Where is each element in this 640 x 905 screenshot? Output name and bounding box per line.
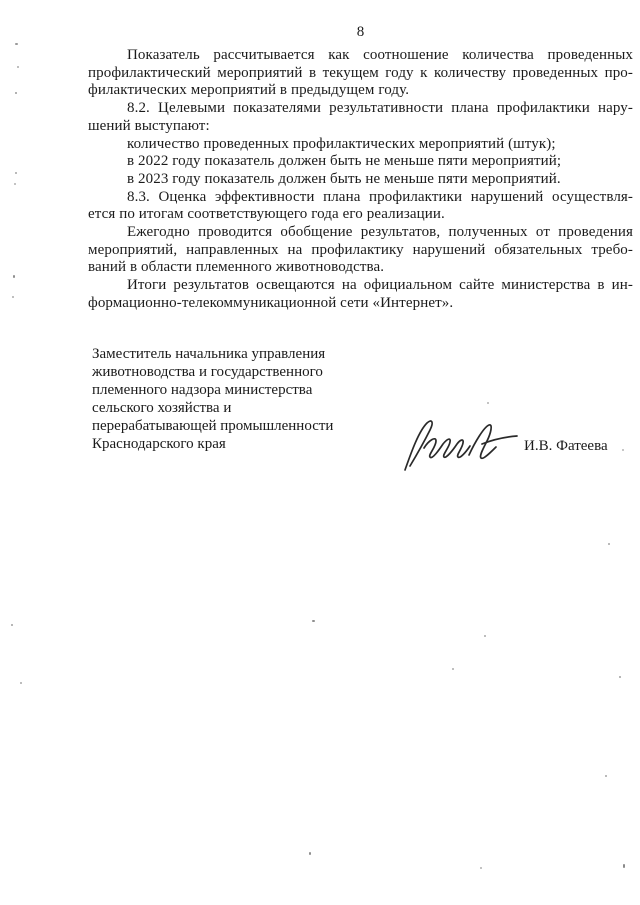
scan-speck [623, 864, 625, 868]
signature-title-line: племенного надзора министерства [92, 381, 372, 399]
document-body: Показатель рассчитывается как соотношени… [88, 47, 633, 313]
text-line: количество проведенных профилактических … [88, 136, 633, 154]
text-line: ваний в области племенного животноводств… [88, 259, 633, 277]
signature-title-line: сельского хозяйства и [92, 399, 372, 417]
text-line: в 2022 году показатель должен быть не ме… [88, 153, 633, 171]
scan-speck [15, 92, 17, 94]
signature-title-line: Заместитель начальника управления [92, 345, 372, 363]
scan-speck [484, 635, 486, 637]
scan-speck [20, 682, 22, 684]
scan-speck [309, 852, 311, 855]
signature-block: Заместитель начальника управленияживотно… [92, 345, 372, 453]
scan-speck [12, 296, 14, 298]
text-line: Показатель рассчитывается как соотношени… [88, 47, 633, 65]
scan-speck [608, 543, 610, 545]
signature-title-line: Краснодарского края [92, 435, 372, 453]
text-line: 8.2. Целевыми показателями результативно… [88, 100, 633, 118]
scan-speck [605, 775, 607, 777]
scan-speck [17, 66, 19, 68]
signature-title-line: перерабатывающей промышленности [92, 417, 372, 435]
text-line: Итоги результатов освещаются на официаль… [88, 277, 633, 295]
text-line: мероприятий, направленных на профилактик… [88, 242, 633, 260]
text-line: ется по итогам соответствующего года его… [88, 206, 633, 224]
text-line: филактических мероприятий в предыдущем г… [88, 82, 633, 100]
scan-speck [480, 867, 482, 869]
document-page: 8 Показатель рассчитывается как соотноше… [0, 0, 640, 905]
scan-speck [15, 172, 17, 174]
scan-speck [15, 43, 18, 45]
signatory-name: И.В. Фатеева [524, 437, 608, 455]
page-number: 8 [88, 24, 633, 41]
scan-speck [619, 676, 621, 678]
scan-speck [312, 620, 315, 622]
text-line: шений выступают: [88, 118, 633, 136]
text-line: формационно-телекоммуникационной сети «И… [88, 295, 633, 313]
handwritten-signature-icon [396, 414, 521, 476]
signature-title-line: животноводства и государственного [92, 363, 372, 381]
text-line: Ежегодно проводится обобщение результато… [88, 224, 633, 242]
text-line: 8.3. Оценка эффективности плана профилак… [88, 189, 633, 207]
scan-speck [452, 668, 454, 670]
scan-speck [487, 402, 489, 404]
scan-speck [13, 275, 15, 278]
scan-speck [11, 624, 13, 626]
text-line: профилактический мероприятий в текущем г… [88, 65, 633, 83]
scan-speck [622, 449, 624, 451]
text-line: в 2023 году показатель должен быть не ме… [88, 171, 633, 189]
scan-speck [14, 183, 16, 185]
